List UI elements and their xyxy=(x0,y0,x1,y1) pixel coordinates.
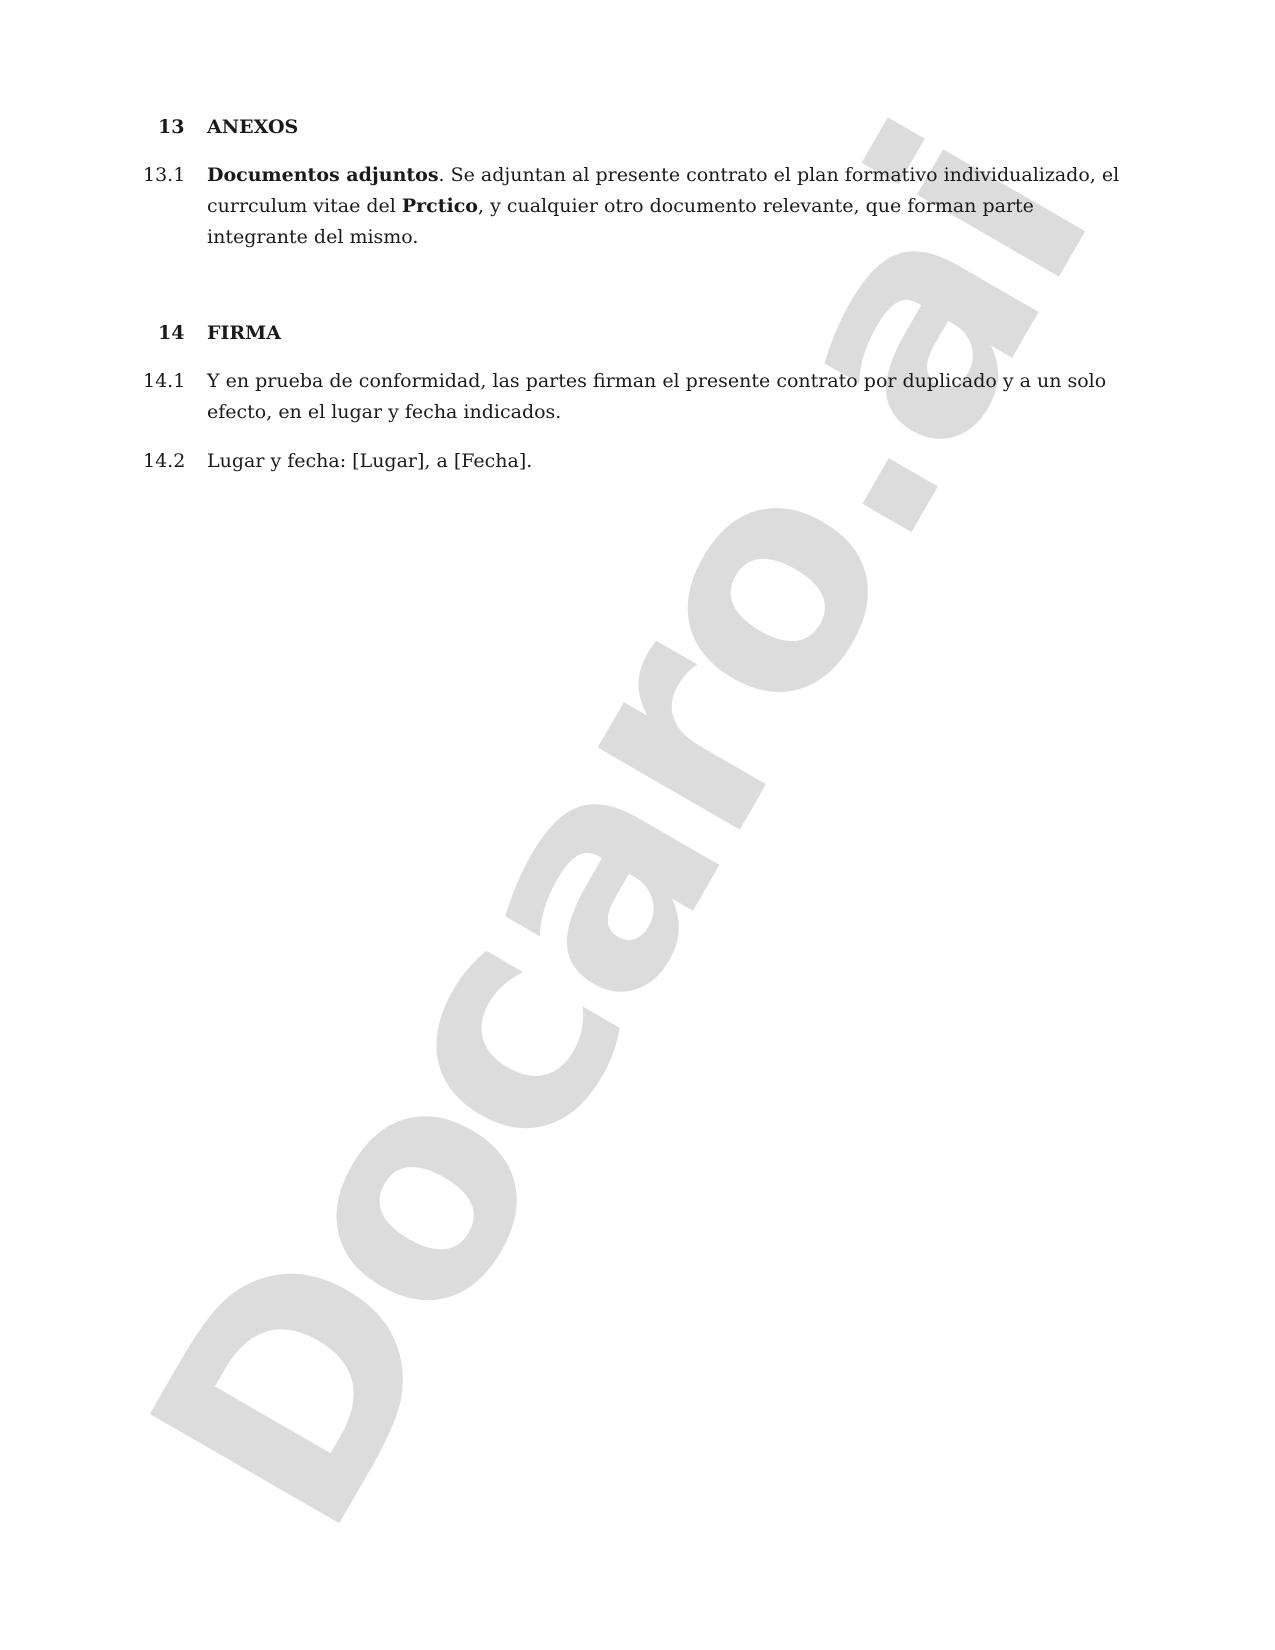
clause-number: 14.1 xyxy=(143,366,185,397)
clause-text: Documentos adjuntos. Se adjuntan al pres… xyxy=(207,160,1127,253)
clause-number: 13.1 xyxy=(143,160,185,191)
clause-text: Y en prueba de conformidad, las partes f… xyxy=(207,366,1127,428)
clause-bold-lead: Documentos adjuntos xyxy=(207,164,439,186)
section-number: 14 xyxy=(158,322,184,344)
document-page: Docaro.ai 13 ANEXOS 13.1 Documentos adju… xyxy=(0,0,1275,1650)
clause-text: Lugar y fecha: [Lugar], a [Fecha]. xyxy=(207,446,1127,477)
watermark: Docaro.ai xyxy=(85,77,1156,1582)
clause-number: 14.2 xyxy=(143,446,185,477)
section-title: ANEXOS xyxy=(207,116,298,138)
clause-bold-term: Prctico xyxy=(402,195,478,217)
section-title: FIRMA xyxy=(207,322,281,344)
section-number: 13 xyxy=(158,116,184,138)
